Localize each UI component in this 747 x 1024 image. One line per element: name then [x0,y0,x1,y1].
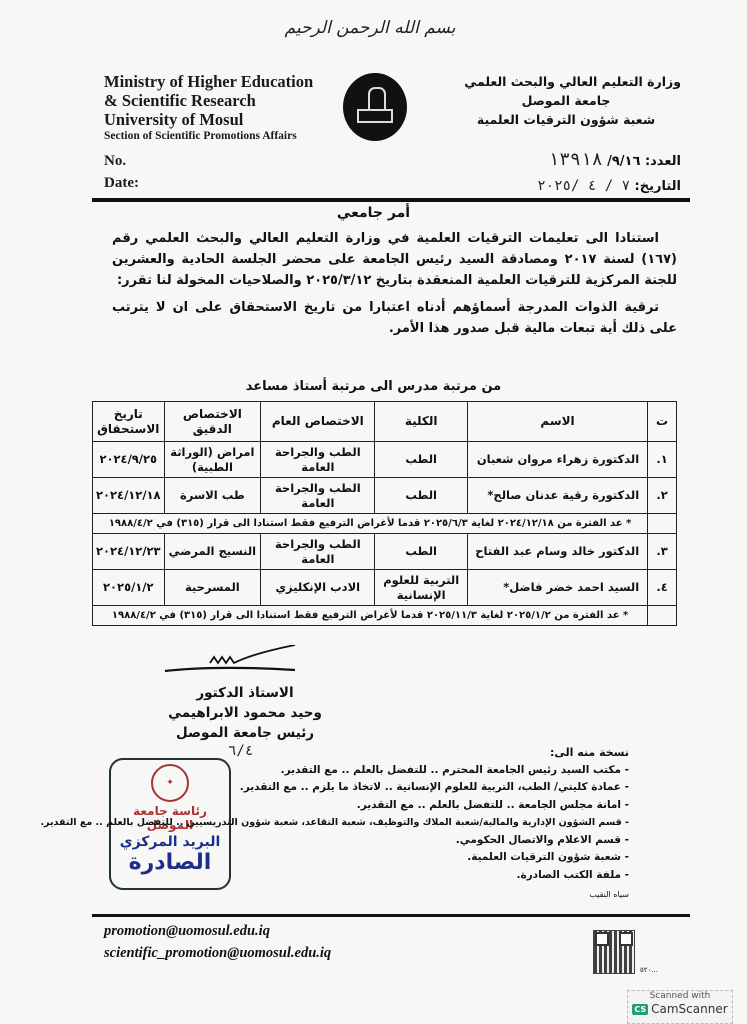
section-name-en: Section of Scientific Promotions Affairs [104,129,313,144]
date-value: ٧ / ٤ /٢٠٢٥ [537,178,630,194]
table-row: ١. الدكتورة زهراء مروان شعبان الطب الطب … [93,442,677,478]
table-header-row: ت الاسم الكلية الاختصاص العام الاختصاص ا… [93,402,677,442]
row-general-specialty: الادب الإنكليزي [261,570,375,606]
table-row: ٤. السيد احمد خضر فاضل* التربية للعلوم ا… [93,570,677,606]
arabic-letterhead: وزارة التعليم العالي والبحث العلمي جامعة… [451,72,681,129]
qr-code-icon [593,930,635,974]
reference-number: العدد: ٩/١٦/ ١٣٩١٨ [451,148,681,174]
camscanner-logo-icon: CS [632,1004,648,1015]
copies-to-list: نسخة منه الى: - مكتب السيد رئيس الجامعة … [189,744,629,904]
copy-item: - امانة مجلس الجامعة .. للتفضل بالعلم ..… [189,797,629,815]
table-row: ٢. الدكتورة رقية عدنان صالح* الطب الطب و… [93,478,677,514]
row-specific-specialty: طب الاسرة [164,478,261,514]
english-letterhead: Ministry of Higher Education & Scientifi… [104,72,313,194]
row-college: الطب [375,478,467,514]
order-paragraph-2: ترقية الذوات المدرجة أسماؤهم أدناه اعتبا… [112,297,677,339]
row-index: ٤. [648,570,677,606]
stamp-seal-icon: ✦ [151,764,189,802]
table-note: * عد الفترة من ٢٠٢٥/١/٢ لغاية ٢٠٢٥/١١/٣ … [93,606,648,626]
ministry-name-en: Ministry of Higher Education [104,72,313,91]
copy-item: - شعبة شؤون الترقيات العلمية. [189,849,629,867]
watermark-brand-name: CamScanner [651,1002,728,1016]
section-name-ar: شعبة شؤون الترقيات العلمية [451,110,681,129]
row-name: السيد احمد خضر فاضل* [467,570,647,606]
row-index: ٢. [648,478,677,514]
row-specific-specialty: المسرحية [164,570,261,606]
header-divider [92,198,690,202]
signatory-name: وحيد محمود الابراهيمي [150,703,340,723]
camscanner-watermark: Scanned with CSCamScanner [627,990,733,1024]
signature-scribble [160,645,300,675]
typist-initials: سياه النقيب [189,886,629,904]
row-due-date: ٢٠٢٤/١٢/١٨ [93,478,165,514]
row-specific-specialty: امراض (الوراثة الطبية) [164,442,261,478]
document-code: ٥٢٠... [640,966,658,974]
header-general-specialty: الاختصاص العام [261,402,375,442]
row-general-specialty: الطب والجراحة العامة [261,442,375,478]
copy-item: - قسم الشؤون الإدارية والمالية/شعبة المل… [189,814,629,832]
email-link-scientific-promotion[interactable]: scientific_promotion@uomosul.edu.iq [104,942,331,964]
copy-item: - مكتب السيد رئيس الجامعة المحترم .. للت… [189,762,629,780]
row-index: ١. [648,442,677,478]
signatory-block: الاستاذ الدكتور وحيد محمود الابراهيمي رئ… [150,683,340,743]
header-index: ت [648,402,677,442]
signatory-position: رئيس جامعة الموصل [150,723,340,743]
table-note: * عد الفترة من ٢٠٢٤/١٢/١٨ لغاية ٢٠٢٥/٦/٣… [93,514,648,534]
number-prefix: ٩/١٦/ [607,154,640,169]
number-label-en: No. [104,150,313,172]
order-title: أمر جامعي [0,205,747,221]
date-label-en: Date: [104,172,313,194]
row-college: الطب [375,534,467,570]
signatory-title: الاستاذ الدكتور [150,683,340,703]
row-specific-specialty: النسيج المرضي [164,534,261,570]
university-name-ar: جامعة الموصل [451,91,681,110]
date-label-ar: التاريخ: [635,179,681,194]
copy-item: - ملفة الكتب الصادرة. [189,867,629,885]
number-label-ar: العدد: [645,154,681,169]
row-general-specialty: الطب والجراحة العامة [261,478,375,514]
row-due-date: ٢٠٢٤/٩/٢٥ [93,442,165,478]
email-link-promotion[interactable]: promotion@uomosul.edu.iq [104,920,331,942]
row-name: الدكتورة رقية عدنان صالح* [467,478,647,514]
copy-item: - قسم الاعلام والاتصال الحكومي. [189,832,629,850]
order-paragraph-1: استنادا الى تعليمات الترقيات العلمية في … [112,228,677,291]
ministry-name-en-2: & Scientific Research [104,91,313,110]
header-due-date: تاريخ الاستحقاق [93,402,165,442]
bismillah-header: بسم الله الرحمن الرحيم [270,18,470,38]
header-name: الاسم [467,402,647,442]
copies-heading: نسخة منه الى: [189,744,629,762]
table-note-row: * عد الفترة من ٢٠٢٤/١٢/١٨ لغاية ٢٠٢٥/٦/٣… [93,514,677,534]
header-specific-specialty: الاختصاص الدقيق [164,402,261,442]
row-due-date: ٢٠٢٥/١/٢ [93,570,165,606]
footer-emails: promotion@uomosul.edu.iq scientific_prom… [104,920,331,964]
ministry-name-ar: وزارة التعليم العالي والبحث العلمي [451,72,681,91]
row-index: ٣. [648,534,677,570]
reference-block: العدد: ٩/١٦/ ١٣٩١٨ التاريخ: ٧ / ٤ /٢٠٢٥ [451,148,681,199]
university-name-en: University of Mosul [104,110,313,129]
table-row: ٣. الدكتور خالد وسام عبد الفتاح الطب الط… [93,534,677,570]
university-logo [343,73,407,141]
row-name: الدكتورة زهراء مروان شعبان [467,442,647,478]
row-college: التربية للعلوم الإنسانية [375,570,467,606]
footer-divider [92,914,690,917]
watermark-caption: Scanned with [628,991,732,1001]
promotion-rank-subtitle: من مرتبة مدرس الى مرتبة أستاذ مساعد [0,379,747,394]
row-name: الدكتور خالد وسام عبد الفتاح [467,534,647,570]
row-due-date: ٢٠٢٤/١٢/٢٣ [93,534,165,570]
number-handwritten: ١٣٩١٨ [548,149,602,170]
row-college: الطب [375,442,467,478]
promotions-table: ت الاسم الكلية الاختصاص العام الاختصاص ا… [92,401,677,626]
emblem-icon [357,87,393,127]
reference-date: التاريخ: ٧ / ٤ /٢٠٢٥ [451,174,681,199]
header-college: الكلية [375,402,467,442]
order-body: استنادا الى تعليمات الترقيات العلمية في … [112,228,677,339]
row-general-specialty: الطب والجراحة العامة [261,534,375,570]
watermark-brand: CSCamScanner [628,1002,732,1016]
table-note-row: * عد الفترة من ٢٠٢٥/١/٢ لغاية ٢٠٢٥/١١/٣ … [93,606,677,626]
copy-item: - عمادة كليتي/ الطب، التربية للعلوم الإن… [189,779,629,797]
